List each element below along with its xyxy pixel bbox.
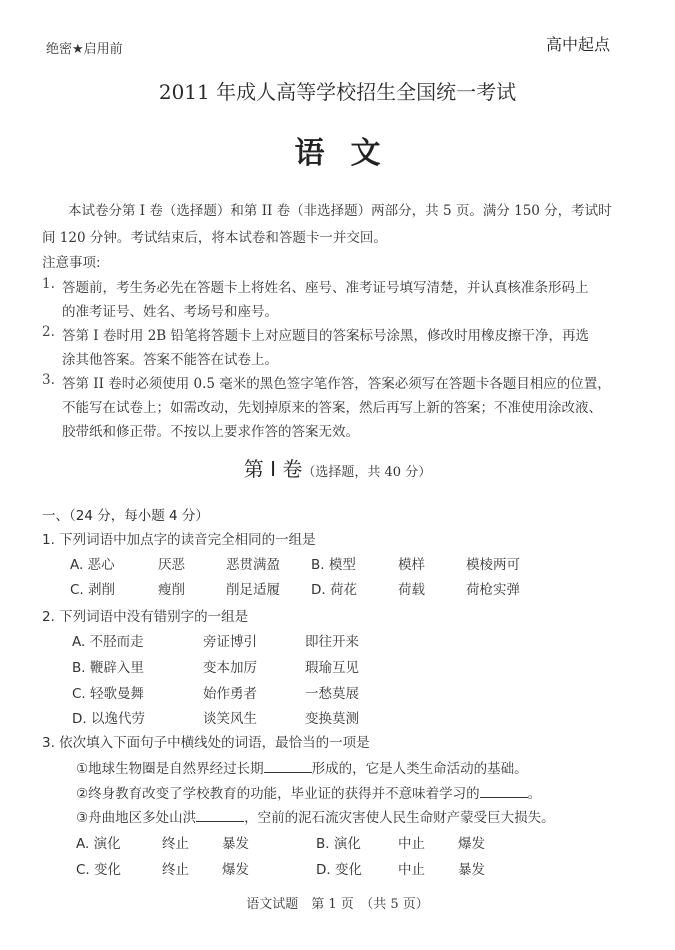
option-word: 中止 [398,832,425,852]
subject-title: 语文 [0,128,675,172]
option-word: 荷载 [398,578,425,598]
option-b: B. 鞭辟入里 [72,656,144,676]
notice-line: 的准考证号、姓名、考场号和座号。 [62,300,278,320]
option-word: 削足适履 [226,578,280,598]
option-a: A. 演化 [76,832,121,852]
option-a: A. 不胫而走 [72,630,144,650]
sentence-text: ①地球生物圈是自然界经过长期 [76,761,264,777]
option-a: A. 恶心 [70,553,115,573]
option-word: 即往开来 [305,630,359,650]
option-word: 瑕瑜互见 [305,656,359,676]
option-word: 终止 [162,832,189,852]
sentence-text: 。 [528,786,542,802]
option-word: 暴发 [222,832,249,852]
section-name: 第 I 卷 [244,457,303,481]
fill-sentence: ②终身教育改变了学校教育的功能，毕业证的获得并不意味着学习的。 [76,782,541,802]
secret-label: 绝密★启用前 [46,38,123,57]
level-label: 高中起点 [546,32,610,55]
option-word: 谈笑风生 [203,707,257,727]
sentence-text: ，空前的泥石流灾害使人民生命财产蒙受巨大损失。 [244,810,555,826]
option-word: 模棱两可 [466,553,520,573]
option-word: 中止 [398,858,425,878]
notice-line: 答题前，考生务必先在答题卡上将姓名、座号、准考证号填写清楚，并认真核准条形码上 [62,276,589,296]
part-label: 一、（24 分，每小题 4 分） [42,504,209,524]
section-subtitle: （选择题，共 40 分） [302,465,431,480]
option-word: 一愁莫展 [305,682,359,702]
intro-line: 间 120 分钟。考试结束后，将本试卷和答题卡一并交回。 [42,226,387,246]
option-word: 变换莫测 [305,707,359,727]
exam-title: 2011 年成人高等学校招生全国统一考试 [0,76,675,105]
sentence-text: ③舟曲地区多处山洪 [76,810,196,826]
option-word: 恶贯满盈 [226,553,280,573]
option-word: 旁证博引 [203,630,257,650]
notice-number: 2. [42,324,55,340]
option-c: C. 轻歌曼舞 [72,682,144,702]
question-stem: 3. 依次填入下面句子中横线处的词语，最恰当的一项是 [42,731,370,751]
option-word: 终止 [162,858,189,878]
option-word: 暴发 [458,858,485,878]
option-c: C. 变化 [76,858,121,878]
option-c: C. 剥削 [70,578,115,598]
sentence-text: ②终身教育改变了学校教育的功能，毕业证的获得并不意味着学习的 [76,786,480,802]
option-word: 变本加厉 [203,656,257,676]
option-word: 爆发 [458,832,485,852]
intro-line: 本试卷分第 I 卷（选择题）和第 II 卷（非选择题）两部分，共 5 页。满分 … [68,199,612,219]
notice-line: 涂其他答案。答案不能答在试卷上。 [62,348,278,368]
notice-line: 答第 I 卷时用 2B 铅笔将答题卡上对应题目的答案标号涂黑，修改时用橡皮擦干净… [62,324,589,344]
notice-line: 胶带纸和修正带。不按以上要求作答的答案无效。 [62,420,359,440]
section-title: 第 I 卷（选择题，共 40 分） [0,453,675,482]
blank-line [196,809,244,822]
question-stem: 2. 下列词语中没有错别字的一组是 [42,605,248,625]
notice-line: 不能写在试卷上；如需改动，先划掉原来的答案，然后再写上新的答案；不准使用涂改液、 [62,396,602,416]
option-word: 瘦削 [158,578,185,598]
notice-number: 3. [42,372,55,388]
notice-number: 1. [42,276,55,292]
page-footer: 语文试题 第 1 页 （共 5 页） [0,893,675,912]
blank-line [480,785,528,798]
fill-sentence: ①地球生物圈是自然界经过长期形成的，它是人类生命活动的基础。 [76,757,528,777]
option-word: 始作勇者 [203,682,257,702]
option-d: D. 荷花 [311,578,357,598]
blank-line [264,760,312,773]
option-d: D. 以逸代劳 [72,707,145,727]
notice-line: 答第 II 卷时必须使用 0.5 毫米的黑色签字笔作答，答案必须写在答题卡各题目… [62,372,611,392]
fill-sentence: ③舟曲地区多处山洪，空前的泥石流灾害使人民生命财产蒙受巨大损失。 [76,806,555,826]
option-word: 爆发 [222,858,249,878]
option-word: 荷枪实弹 [466,578,520,598]
option-d: D. 变化 [316,858,362,878]
question-stem: 1. 下列词语中加点字的读音完全相同的一组是 [42,528,316,548]
option-b: B. 演化 [316,832,361,852]
notice-heading: 注意事项: [42,251,101,271]
option-word: 厌恶 [158,553,185,573]
option-b: B. 模型 [311,553,356,573]
option-word: 模样 [398,553,425,573]
sentence-text: 形成的，它是人类生命活动的基础。 [312,761,528,777]
